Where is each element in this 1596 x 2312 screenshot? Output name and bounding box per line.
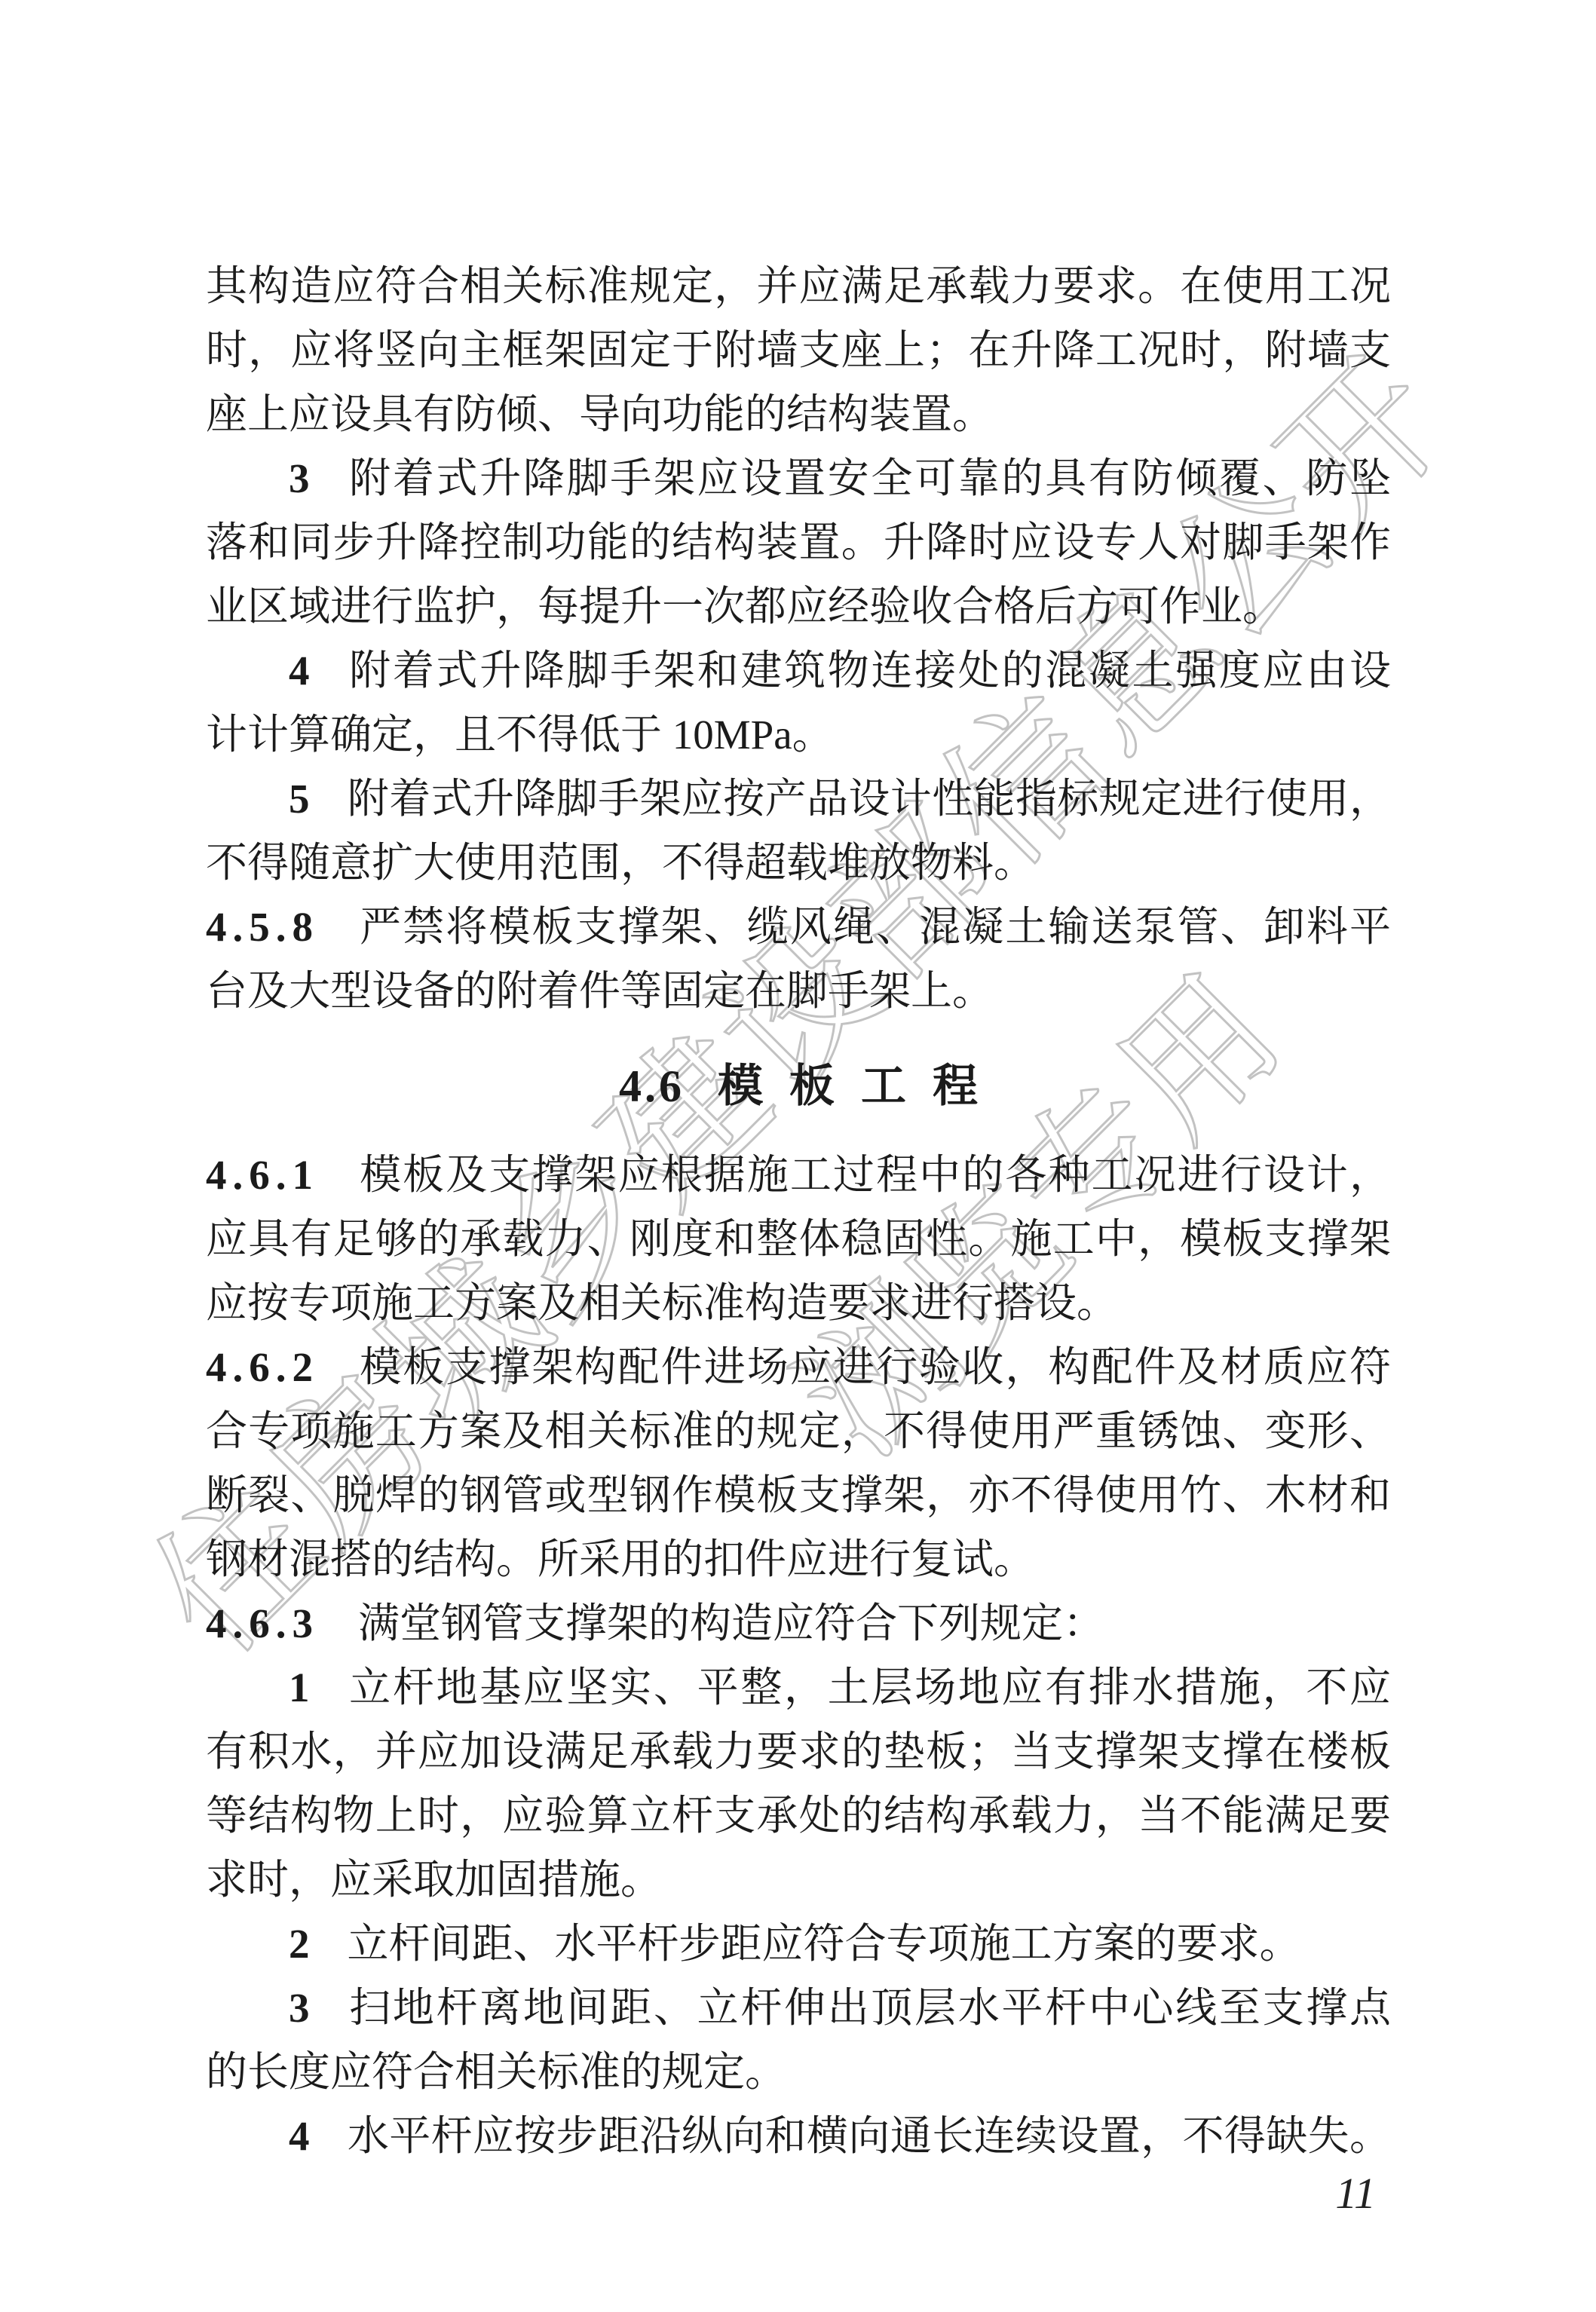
text-line: 时，应将竖向主框架固定于附墙支座上；在升降工况时，附墙支 <box>206 318 1391 382</box>
text-line: 断裂、脱焊的钢管或型钢作模板支撑架，亦不得使用竹、木材和 <box>206 1463 1391 1527</box>
clause-number: 2 <box>289 1921 310 1967</box>
line-text: 断裂、脱焊的钢管或型钢作模板支撑架，亦不得使用竹、木材和 <box>206 1472 1391 1518</box>
line-text: 座上应设具有防倾、导向功能的结构装置。 <box>206 391 994 437</box>
line-text: 附着式升降脚手架应设置安全可靠的具有防倾覆、防坠 <box>348 455 1392 501</box>
text-line: 其构造应符合相关标准规定，并应满足承载力要求。在使用工况 <box>206 254 1391 318</box>
text-line: 的长度应符合相关标准的规定。 <box>206 2040 1391 2104</box>
line-text: 模板及支撑架应根据施工过程中的各种工况进行设计， <box>358 1152 1391 1198</box>
clause-number: 3 <box>289 1985 310 2031</box>
text-line: 计计算确定，且不得低于 10MPa。 <box>206 703 1391 767</box>
document-page: 住房城乡建设部信息公开 浏览专用 其构造应符合相关标准规定，并应满足承载力要求。… <box>0 0 1596 2312</box>
numbered-item-line: 1立杆地基应坚实、平整，土层场地应有排水措施，不应 <box>206 1655 1391 1719</box>
text-line: 合专项施工方案及相关标准的规定，不得使用严重锈蚀、变形、 <box>206 1399 1391 1463</box>
text-line: 落和同步升降控制功能的结构装置。升降时应设专人对脚手架作 <box>206 510 1391 574</box>
clause-number: 4 <box>289 648 310 694</box>
clause-line: 4.6.2模板支撑架构配件进场应进行验收，构配件及材质应符 <box>206 1335 1391 1399</box>
page-number: 11 <box>1335 2168 1376 2219</box>
text-line: 台及大型设备的附着件等固定在脚手架上。 <box>206 959 1391 1023</box>
line-text: 其构造应符合相关标准规定，并应满足承载力要求。在使用工况 <box>206 263 1391 309</box>
text-line: 应按专项施工方案及相关标准构造要求进行搭设。 <box>206 1271 1391 1335</box>
line-text: 合专项施工方案及相关标准的规定，不得使用严重锈蚀、变形、 <box>206 1408 1391 1454</box>
line-text: 不得随意扩大使用范围，不得超载堆放物料。 <box>206 840 1035 886</box>
numbered-item-line: 3附着式升降脚手架应设置安全可靠的具有防倾覆、防坠 <box>206 446 1391 510</box>
clause-line: 4.6.1模板及支撑架应根据施工过程中的各种工况进行设计， <box>206 1143 1391 1207</box>
line-text: 严禁将模板支撑架、缆风绳、混凝土输送泵管、卸料平 <box>358 904 1391 950</box>
clause-number: 4.5.8 <box>206 904 319 950</box>
clause-number: 3 <box>289 455 310 501</box>
text-line: 业区域进行监护，每提升一次都应经验收合格后方可作业。 <box>206 574 1391 638</box>
line-text: 的长度应符合相关标准的规定。 <box>206 2049 786 2095</box>
text-line: 求时，应采取加固措施。 <box>206 1848 1391 1912</box>
numbered-item-line: 2立杆间距、水平杆步距应符合专项施工方案的要求。 <box>206 1912 1391 1976</box>
clause-number: 5 <box>289 776 310 822</box>
line-text: 计计算确定，且不得低于 10MPa。 <box>206 712 834 758</box>
numbered-item-line: 5附着式升降脚手架应按产品设计性能指标规定进行使用， <box>206 767 1391 831</box>
text-block: 其构造应符合相关标准规定，并应满足承载力要求。在使用工况时，应将竖向主框架固定于… <box>206 254 1391 2168</box>
text-line: 应具有足够的承载力、刚度和整体稳固性。施工中，模板支撑架 <box>206 1207 1391 1271</box>
text-line: 等结构物上时，应验算立杆支承处的结构承载力，当不能满足要 <box>206 1784 1391 1848</box>
text-line: 座上应设具有防倾、导向功能的结构装置。 <box>206 382 1391 446</box>
line-text: 落和同步升降控制功能的结构装置。升降时应设专人对脚手架作 <box>206 519 1391 565</box>
clause-line: 4.5.8严禁将模板支撑架、缆风绳、混凝土输送泵管、卸料平 <box>206 895 1391 959</box>
heading-number: 4.6 <box>619 1061 685 1111</box>
line-text: 扫地杆离地间距、立杆伸出顶层水平杆中心线至支撑点 <box>348 1985 1392 2031</box>
clause-line: 4.6.3满堂钢管支撑架的构造应符合下列规定： <box>206 1591 1391 1655</box>
numbered-item-line: 4水平杆应按步距沿纵向和横向通长连续设置，不得缺失。 <box>206 2104 1391 2168</box>
line-text: 立杆间距、水平杆步距应符合专项施工方案的要求。 <box>348 1921 1301 1967</box>
line-text: 模板支撑架构配件进场应进行验收，构配件及材质应符 <box>358 1344 1391 1390</box>
clause-number: 1 <box>289 1664 310 1710</box>
line-text: 应按专项施工方案及相关标准构造要求进行搭设。 <box>206 1280 1118 1326</box>
line-text: 业区域进行监护，每提升一次都应经验收合格后方可作业。 <box>206 583 1284 629</box>
numbered-item-line: 4附着式升降脚手架和建筑物连接处的混凝土强度应由设 <box>206 638 1391 703</box>
numbered-item-line: 3扫地杆离地间距、立杆伸出顶层水平杆中心线至支撑点 <box>206 1976 1391 2040</box>
line-text: 有积水，并应加设满足承载力要求的垫板；当支撑架支撑在楼板 <box>206 1729 1391 1775</box>
clause-number: 4.6.3 <box>206 1600 319 1646</box>
line-text: 附着式升降脚手架应按产品设计性能指标规定进行使用， <box>348 776 1392 822</box>
clause-number: 4 <box>289 2113 310 2159</box>
line-text: 台及大型设备的附着件等固定在脚手架上。 <box>206 968 994 1014</box>
line-text: 满堂钢管支撑架的构造应符合下列规定： <box>358 1600 1104 1646</box>
line-text: 立杆地基应坚实、平整，土层场地应有排水措施，不应 <box>348 1664 1392 1710</box>
line-text: 等结构物上时，应验算立杆支承处的结构承载力，当不能满足要 <box>206 1793 1391 1839</box>
line-text: 水平杆应按步距沿纵向和横向通长连续设置，不得缺失。 <box>348 2113 1392 2159</box>
section-heading: 4.6模 板 工 程 <box>206 1055 1391 1119</box>
line-text: 求时，应采取加固措施。 <box>206 1857 662 1903</box>
text-line: 有积水，并应加设满足承载力要求的垫板；当支撑架支撑在楼板 <box>206 1719 1391 1784</box>
clause-number: 4.6.2 <box>206 1344 319 1390</box>
heading-title: 模 板 工 程 <box>718 1061 978 1111</box>
text-line: 不得随意扩大使用范围，不得超载堆放物料。 <box>206 831 1391 895</box>
line-text: 应具有足够的承载力、刚度和整体稳固性。施工中，模板支撑架 <box>206 1216 1391 1262</box>
line-text: 附着式升降脚手架和建筑物连接处的混凝土强度应由设 <box>348 648 1392 694</box>
line-text: 钢材混搭的结构。所采用的扣件应进行复试。 <box>206 1536 1035 1582</box>
clause-number: 4.6.1 <box>206 1152 319 1198</box>
text-line: 钢材混搭的结构。所采用的扣件应进行复试。 <box>206 1527 1391 1591</box>
line-text: 时，应将竖向主框架固定于附墙支座上；在升降工况时，附墙支 <box>206 327 1391 373</box>
